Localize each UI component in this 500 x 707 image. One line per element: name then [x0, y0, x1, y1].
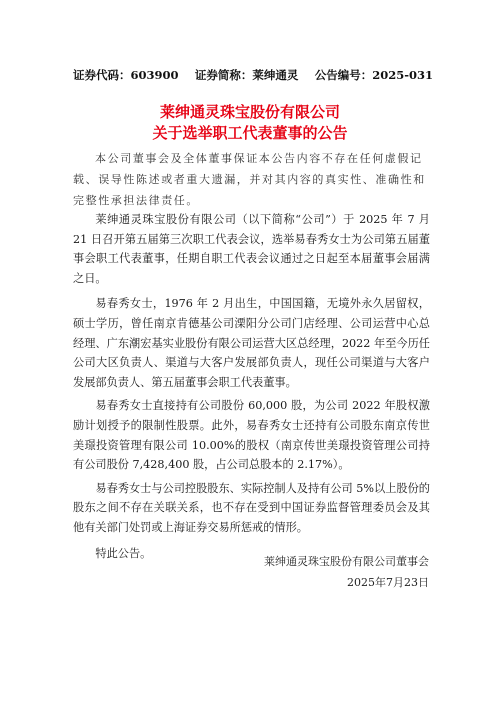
- board-disclaimer: 本公司董事会及全体董事保证本公告内容不存在任何虚假记载、误导性陈述或者重大遗漏，…: [73, 148, 433, 211]
- signature-company: 莱绅通灵珠宝股份有限公司董事会: [0, 553, 429, 569]
- signature-date: 2025年7月23日: [0, 574, 429, 590]
- announcement-body: 莱绅通灵珠宝股份有限公司（以下简称“公司”）于 2025 年 7 月 21 日召…: [73, 210, 430, 563]
- stock-short-name: 证券简称：莱绅通灵: [195, 67, 299, 83]
- paragraph-relations: 易春秀女士与公司控股股东、实际控制人及持有公司 5%以上股份的股东之间不存在关联…: [73, 479, 430, 538]
- paragraph-shareholding: 易春秀女士直接持有公司股份 60,000 股，为公司 2022 年股权激励计划授…: [73, 396, 430, 474]
- announcement-page: 证券代码：603900 证券简称：莱绅通灵 公告编号：2025-031 莱绅通灵…: [0, 0, 500, 707]
- paragraph-election: 莱绅通灵珠宝股份有限公司（以下简称“公司”）于 2025 年 7 月 21 日召…: [73, 210, 430, 288]
- stock-code: 证券代码：603900: [73, 67, 179, 83]
- paragraph-biography: 易春秀女士，1976 年 2 月出生，中国国籍，无境外永久居留权，硕士学历，曾任…: [73, 294, 430, 392]
- company-title: 莱绅通灵珠宝股份有限公司: [0, 101, 500, 122]
- announcement-number: 公告编号：2025-031: [315, 67, 433, 83]
- document-header: 证券代码：603900 证券简称：莱绅通灵 公告编号：2025-031: [73, 67, 433, 83]
- announcement-subject: 关于选举职工代表董事的公告: [0, 122, 500, 143]
